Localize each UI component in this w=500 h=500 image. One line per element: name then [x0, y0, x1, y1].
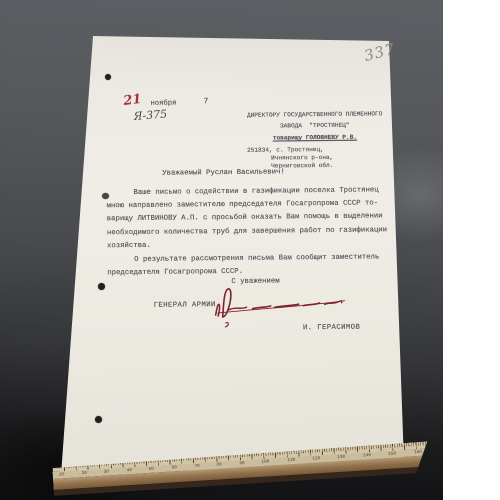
- recipient-address-block: ДИРЕКТОРУ ГОСУДАРСТВЕННОГО ПЛЕМЕННОГО ЗА…: [237, 108, 394, 171]
- ruler-number: 90: [239, 461, 245, 466]
- handwritten-signature-ink: [208, 282, 358, 330]
- ruler-number: 20: [81, 471, 87, 476]
- ruler-number: 30: [104, 470, 110, 475]
- ruler-number: 70: [194, 464, 200, 469]
- ruler-number: 80: [217, 462, 223, 467]
- letter-content: 337 21 ноября 7 Я-375 ДИРЕКТОРУ ГОСУДАРС…: [0, 0, 443, 500]
- ruler-number: 120: [312, 456, 320, 461]
- recipient-line: ДИРЕКТОРУ ГОСУДАРСТВЕННОГО ПЛЕМЕННОГО: [237, 108, 393, 121]
- ruler-number: 50: [149, 467, 155, 472]
- salutation: Уважаемый Руслан Васильевич!: [162, 168, 285, 177]
- ruler-number: 130: [338, 455, 346, 460]
- ruler-number: 60: [171, 465, 177, 470]
- ruler-number: 100: [262, 459, 270, 464]
- ruler-number: 160: [414, 450, 422, 455]
- signer-rank: ГЕНЕРАЛ АРМИИ: [154, 301, 216, 310]
- recipient-name-underlined: товарищу ГОЛОВНЕВУ Р.В.: [237, 131, 393, 144]
- photo-frame: 337 21 ноября 7 Я-375 ДИРЕКТОРУ ГОСУДАРС…: [0, 0, 443, 500]
- recipient-line: ЗАВОДА "ТРОСТЯНЕЦ": [237, 119, 393, 132]
- archive-corner-number: 337: [362, 40, 397, 65]
- typed-digit: 7: [203, 97, 208, 106]
- photo-white-margin: [443, 0, 500, 500]
- ruler-number: 150: [388, 452, 396, 457]
- ruler-number: 10: [59, 472, 65, 477]
- ruler-number: 140: [363, 453, 371, 458]
- body-paragraph-1: Ваше письмо о содействии в газификации п…: [106, 184, 399, 253]
- ruler-number: 110: [287, 458, 295, 463]
- handwritten-day: 21: [123, 92, 143, 109]
- signer-name: И. ГЕРАСИМОВ: [303, 324, 360, 333]
- handwritten-index: Я-375: [133, 107, 168, 123]
- body-paragraph-2: О результате рассмотрения письма Вам соо…: [107, 251, 399, 280]
- typed-month: ноября: [150, 99, 176, 107]
- photo-of-letter: 337 21 ноября 7 Я-375 ДИРЕКТОРУ ГОСУДАРС…: [0, 0, 500, 500]
- ruler-number: 40: [126, 468, 132, 473]
